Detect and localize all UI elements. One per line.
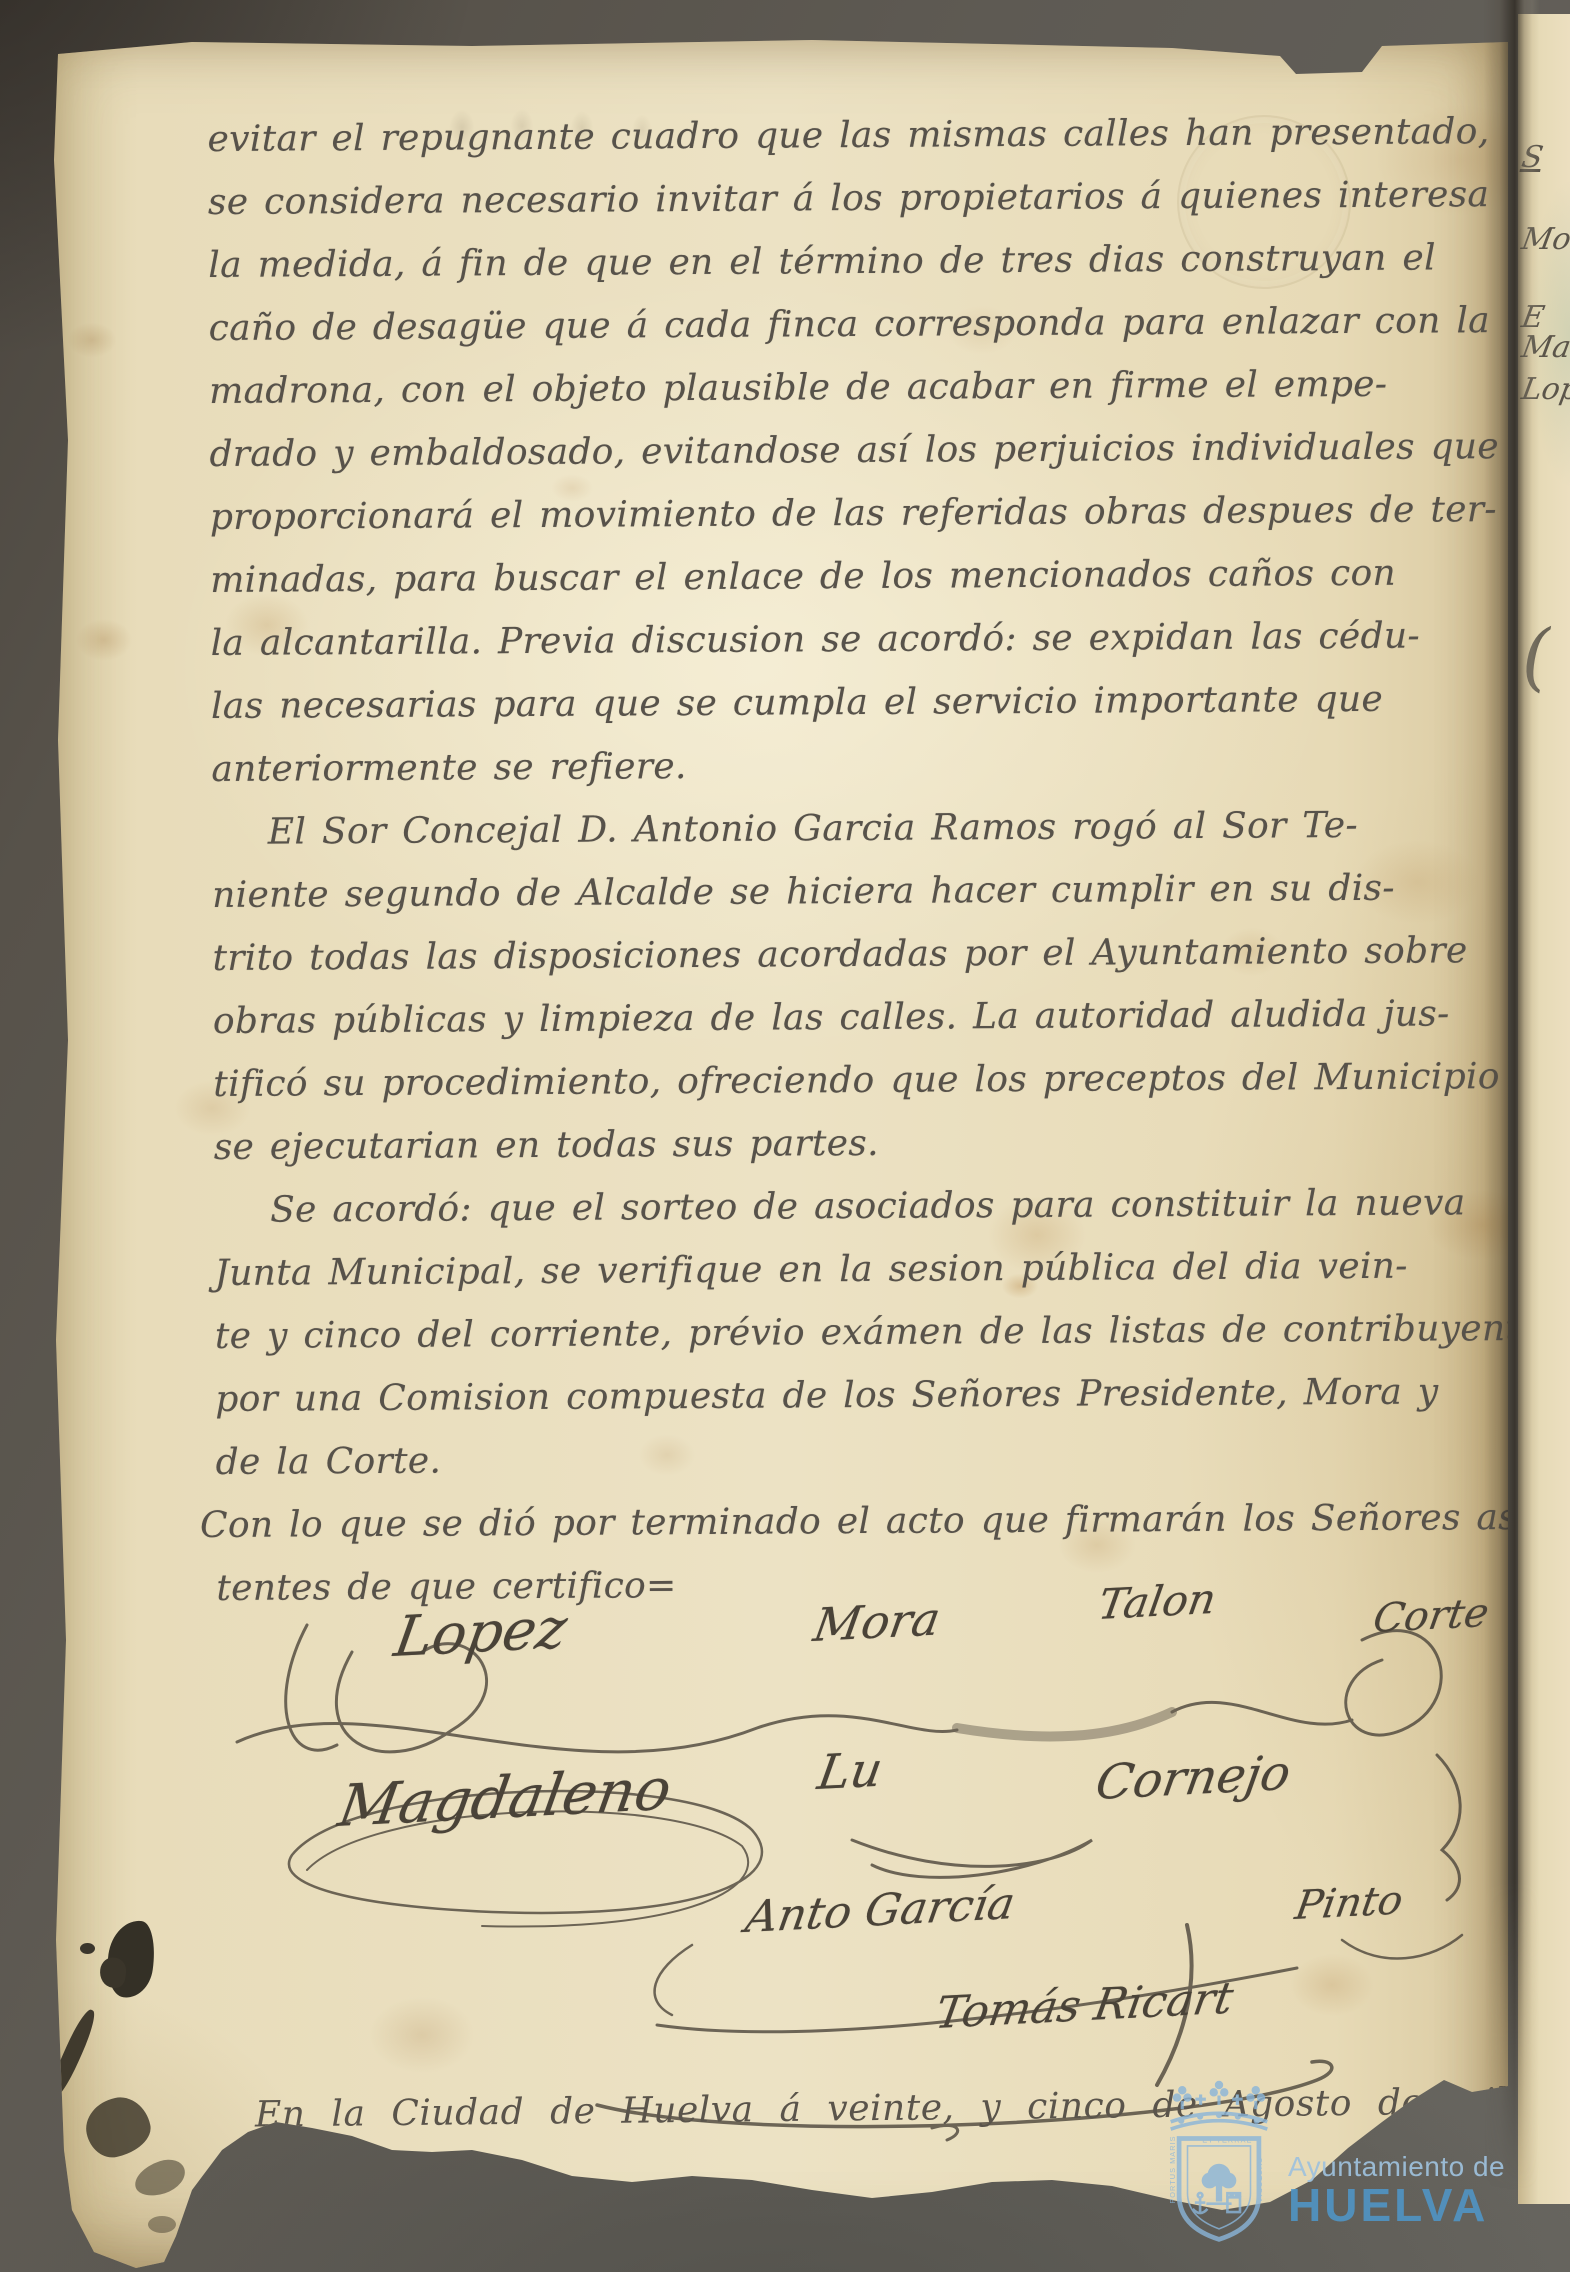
facing-text-fragment: Lop bbox=[1519, 372, 1570, 407]
facing-text-fragment: Ma bbox=[1519, 330, 1570, 365]
signature-mora: Mora bbox=[810, 1592, 944, 1652]
signature-talon: Talon bbox=[1095, 1574, 1220, 1629]
manuscript-page: evitar el repugnante cuadro que las mism… bbox=[52, 40, 1508, 2272]
signature-cornejo: Cornejo bbox=[1092, 1745, 1294, 1811]
facing-text-fragment: S bbox=[1519, 140, 1546, 175]
scanned-manuscript: evitar el repugnante cuadro que las mism… bbox=[0, 0, 1570, 2272]
facing-text-fragment: Mo bbox=[1519, 222, 1570, 257]
signature-corte: Corte bbox=[1370, 1590, 1492, 1642]
facing-page-sliver: S Mo E Ma Lop ( bbox=[1518, 14, 1570, 2204]
watermark-line2: HUELVA bbox=[1288, 2181, 1505, 2229]
facing-flourish: ( bbox=[1518, 614, 1558, 700]
signature-illegible: Lu bbox=[814, 1742, 886, 1801]
ink-blot bbox=[80, 1943, 95, 1954]
ink-blot bbox=[148, 2216, 176, 2233]
signature-pinto: Pinto bbox=[1292, 1878, 1406, 1929]
signature-lopez: Lopez bbox=[390, 1596, 571, 1670]
